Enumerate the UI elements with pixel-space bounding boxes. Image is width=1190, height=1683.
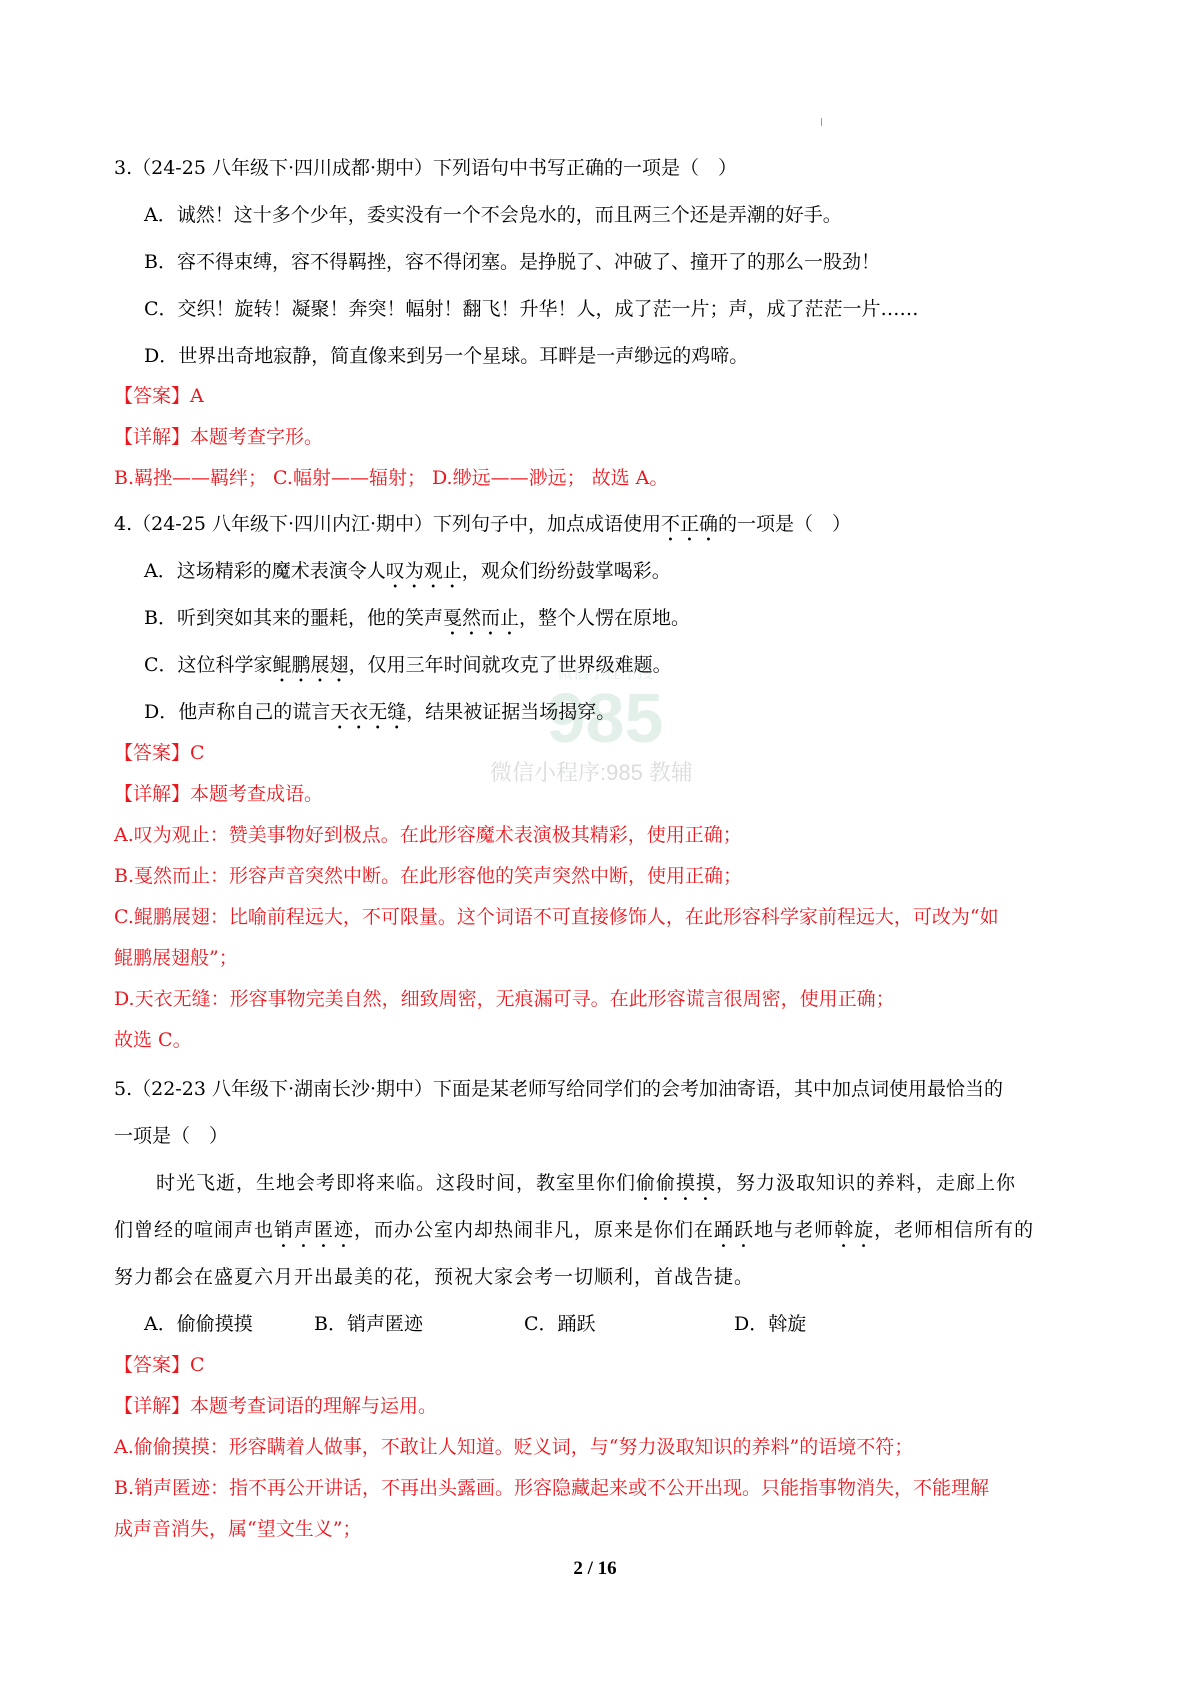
- option-idiom: 天衣无缝: [330, 701, 406, 723]
- answer-label: 【答案】: [114, 385, 190, 407]
- passage-emphasis: 销声匿迹: [274, 1219, 354, 1241]
- q4-option-a: A．这场精彩的魔术表演令人叹为观止，观众们纷纷鼓掌喝彩。: [144, 558, 671, 593]
- q5-answer: 【答案】C: [114, 1352, 205, 1378]
- passage-emphasis: 偷偷摸摸: [636, 1172, 716, 1194]
- q4-detail-d: D.天衣无缝：形容事物完美自然，细致周密，无痕漏可寻。在此形容谎言很周密，使用正…: [114, 986, 895, 1012]
- option-idiom: 叹为观止: [386, 560, 462, 582]
- q4-stem-pre: 4.（24-25 八年级下·四川内江·期中）下列句子中，加点成语使用: [114, 513, 661, 535]
- q3-stem: 3.（24-25 八年级下·四川成都·期中）下列语句中书写正确的一项是（ ）: [114, 155, 737, 181]
- option-post: ，结果被证据当场揭穿。: [406, 701, 615, 723]
- passage-emphasis: 斡旋: [834, 1219, 874, 1241]
- q3-explain: 【详解】本题考查字形。: [114, 424, 323, 450]
- q4-explain: 【详解】本题考查成语。: [114, 781, 323, 807]
- answer-value: C: [190, 1354, 205, 1376]
- explain-label: 【详解】: [114, 426, 190, 448]
- header-mark: [821, 118, 822, 126]
- q5-option-a: A．偷偷摸摸: [144, 1311, 314, 1337]
- q4-stem: 4.（24-25 八年级下·四川内江·期中）下列句子中，加点成语使用不正确的一项…: [114, 511, 851, 546]
- option-pre: D．他声称自己的谎言: [144, 701, 330, 723]
- answer-value: C: [190, 742, 205, 764]
- option-post: ，观众们纷纷鼓掌喝彩。: [462, 560, 671, 582]
- q3-option-d: D．世界出奇地寂静，简直像来到另一个星球。耳畔是一声缈远的鸡啼。: [144, 343, 748, 369]
- q5-option-b: B．销声匿迹: [314, 1311, 524, 1337]
- q5-detail-b: B.销声匿迹：指不再公开讲话，不再出头露画。形容隐藏起来或不公开出现。只能指事物…: [114, 1475, 989, 1501]
- q5-explain: 【详解】本题考查词语的理解与运用。: [114, 1393, 437, 1419]
- q5-stem-line2: 一项是（ ）: [114, 1123, 228, 1149]
- passage-text: 地与老师: [754, 1219, 834, 1241]
- explain-text: 本题考查字形。: [190, 426, 323, 448]
- q4-detail-b: B.戛然而止：形容声音突然中断。在此形容他的笑声突然中断，使用正确；: [114, 863, 742, 889]
- q5-passage-line2: 们曾经的喧闹声也销声匿迹，而办公室内却热闹非凡，原来是你们在踊跃地与老师斡旋，老…: [114, 1217, 1034, 1252]
- passage-text: ，努力汲取知识的养料，走廊上你: [716, 1172, 1016, 1194]
- option-post: ，整个人愣在原地。: [519, 607, 690, 629]
- q4-option-c: C．这位科学家鲲鹏展翅，仅用三年时间就攻克了世界级难题。: [144, 652, 672, 687]
- passage-text: ，而办公室内却热闹非凡，原来是你们在: [354, 1219, 714, 1241]
- q5-option-d: D．斡旋: [734, 1311, 806, 1337]
- q5-detail-a: A.偷偷摸摸：形容瞒着人做事，不敢让人知道。贬义词，与“努力汲取知识的养料”的语…: [114, 1434, 913, 1460]
- option-idiom: 鲲鹏展翅: [273, 654, 349, 676]
- q4-option-d: D．他声称自己的谎言天衣无缝，结果被证据当场揭穿。: [144, 699, 615, 734]
- q5-detail-b-cont: 成声音消失，属“望文生义”；: [114, 1516, 361, 1542]
- page-number: 2 / 16: [0, 1558, 1190, 1580]
- option-pre: C．这位科学家: [144, 654, 273, 676]
- q4-detail-c-cont: 鲲鹏展翅般”；: [114, 945, 238, 971]
- answer-label: 【答案】: [114, 1354, 190, 1376]
- explain-label: 【详解】: [114, 1395, 190, 1417]
- q4-stem-emphasis: 不正确: [661, 513, 718, 535]
- q4-conclusion: 故选 C。: [114, 1027, 192, 1053]
- watermark-caption: 微信小程序:985 教辅: [490, 756, 693, 787]
- passage-text: 时光飞逝，生地会考即将来临。这段时间，教室里你们: [156, 1172, 636, 1194]
- q4-answer: 【答案】C: [114, 740, 205, 766]
- option-pre: A．这场精彩的魔术表演令人: [144, 560, 386, 582]
- q5-passage-line1: 时光飞逝，生地会考即将来临。这段时间，教室里你们偷偷摸摸，努力汲取知识的养料，走…: [156, 1170, 1016, 1205]
- explain-label: 【详解】: [114, 783, 190, 805]
- answer-label: 【答案】: [114, 742, 190, 764]
- q3-option-c: C．交织！旋转！凝聚！奔突！幅射！翻飞！升华！人，成了茫一片；声，成了茫茫一片……: [144, 296, 919, 322]
- q5-options: A．偷偷摸摸B．销声匿迹C．踊跃D．斡旋: [144, 1311, 806, 1337]
- option-idiom: 戛然而止: [443, 607, 519, 629]
- q4-detail-c: C.鲲鹏展翅：比喻前程远大，不可限量。这个词语不可直接修饰人，在此形容科学家前程…: [114, 904, 999, 930]
- passage-text: 们曾经的喧闹声也: [114, 1219, 274, 1241]
- q4-stem-post: 的一项是（ ）: [718, 513, 851, 535]
- q3-detail: B.羁挫——羁绊； C.幅射——辐射； D.缈远——渺远； 故选 A。: [114, 465, 668, 491]
- explain-text: 本题考查词语的理解与运用。: [190, 1395, 437, 1417]
- q5-option-c: C．踊跃: [524, 1311, 734, 1337]
- q4-option-b: B．听到突如其来的噩耗，他的笑声戛然而止，整个人愣在原地。: [144, 605, 690, 640]
- q5-passage-line3: 努力都会在盛夏六月开出最美的花，预祝大家会考一切顺利，首战告捷。: [114, 1264, 754, 1290]
- option-post: ，仅用三年时间就攻克了世界级难题。: [349, 654, 672, 676]
- q4-detail-a: A.叹为观止：赞美事物好到极点。在此形容魔术表演极其精彩，使用正确；: [114, 822, 742, 848]
- answer-value: A: [190, 385, 204, 407]
- passage-emphasis: 踊跃: [714, 1219, 754, 1241]
- passage-text: ，老师相信所有的: [874, 1219, 1034, 1241]
- explain-text: 本题考查成语。: [190, 783, 323, 805]
- q3-option-b: B．容不得束缚，容不得羁挫，容不得闭塞。是挣脱了、冲破了、撞开了的那么一股劲！: [144, 249, 880, 275]
- q5-stem-line1: 5.（22-23 八年级下·湖南长沙·期中）下面是某老师写给同学们的会考加油寄语…: [114, 1076, 1003, 1102]
- option-pre: B．听到突如其来的噩耗，他的笑声: [144, 607, 443, 629]
- q3-answer: 【答案】A: [114, 383, 204, 409]
- q3-option-a: A．诚然！这十多个少年，委实没有一个不会凫水的，而且两三个还是弄潮的好手。: [144, 202, 842, 228]
